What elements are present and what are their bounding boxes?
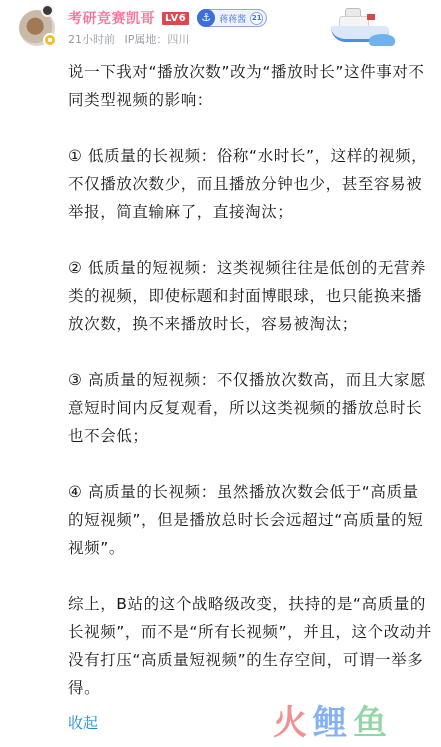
post-meta: 21小时前 IP属地：四川 (68, 31, 189, 47)
fan-medal-level: 21 (250, 12, 263, 25)
level-badge: LV6 (162, 12, 189, 25)
watermark-logo: 火 鲤 鱼 (273, 703, 393, 743)
paragraph-point-4: ④ 高质量的长视频：虽然播放次数会低于“高质量的短视频”，但是播放总时长会远超过… (68, 478, 433, 562)
username[interactable]: 考研竞赛凯哥 (68, 8, 155, 28)
post-time: 21小时前 (68, 33, 115, 46)
paragraph-intro: 说一下我对“播放次数”改为“播放时长”这件事对不同类型视频的影响： (68, 58, 433, 114)
anchor-icon: ⚓ (197, 9, 215, 27)
watermark-char-2: 鲤 (313, 703, 347, 743)
ship-flag (367, 14, 375, 20)
author-name-row: 考研竞赛凯哥 LV6 ⚓ 蒋蒋酱 21 (68, 9, 267, 27)
paragraph-point-2: ② 低质量的短视频：这类视频往往是低创的无营养类的视频，即使标题和封面博眼球，也… (68, 254, 433, 338)
collapse-link[interactable]: 收起 (68, 710, 98, 736)
fan-medal-badge[interactable]: ⚓ 蒋蒋酱 21 (197, 9, 267, 27)
post-content: 说一下我对“播放次数”改为“播放时长”这件事对不同类型视频的影响： ① 低质量的… (68, 58, 433, 702)
paragraph-point-3: ③ 高质量的短视频：不仅播放次数高，而且大家愿意短时间内反复观看，所以这类视频的… (68, 366, 433, 450)
post-header: 考研竞赛凯哥 LV6 ⚓ 蒋蒋酱 21 21小时前 IP属地：四川 (0, 0, 441, 56)
ip-location: IP属地：四川 (125, 33, 190, 46)
ship-decoration-icon (325, 4, 397, 50)
paragraph-point-1: ① 低质量的长视频：俗称“水时长”，这样的视频，不仅播放次数少，而且播放分钟也少… (68, 142, 433, 226)
avatar[interactable] (17, 6, 57, 46)
watermark-char-3: 鱼 (353, 703, 387, 743)
watermark-char-1: 火 (273, 703, 307, 743)
paragraph-conclusion: 综上，B站的这个战略级改变，扶持的是“高质量的长视频”，而不是“所有长视频”，并… (68, 590, 433, 702)
ship-wave (369, 34, 395, 46)
verified-badge-icon (43, 33, 57, 47)
avatar-pendant-icon (41, 4, 54, 17)
fan-medal-name: 蒋蒋酱 (219, 12, 246, 25)
